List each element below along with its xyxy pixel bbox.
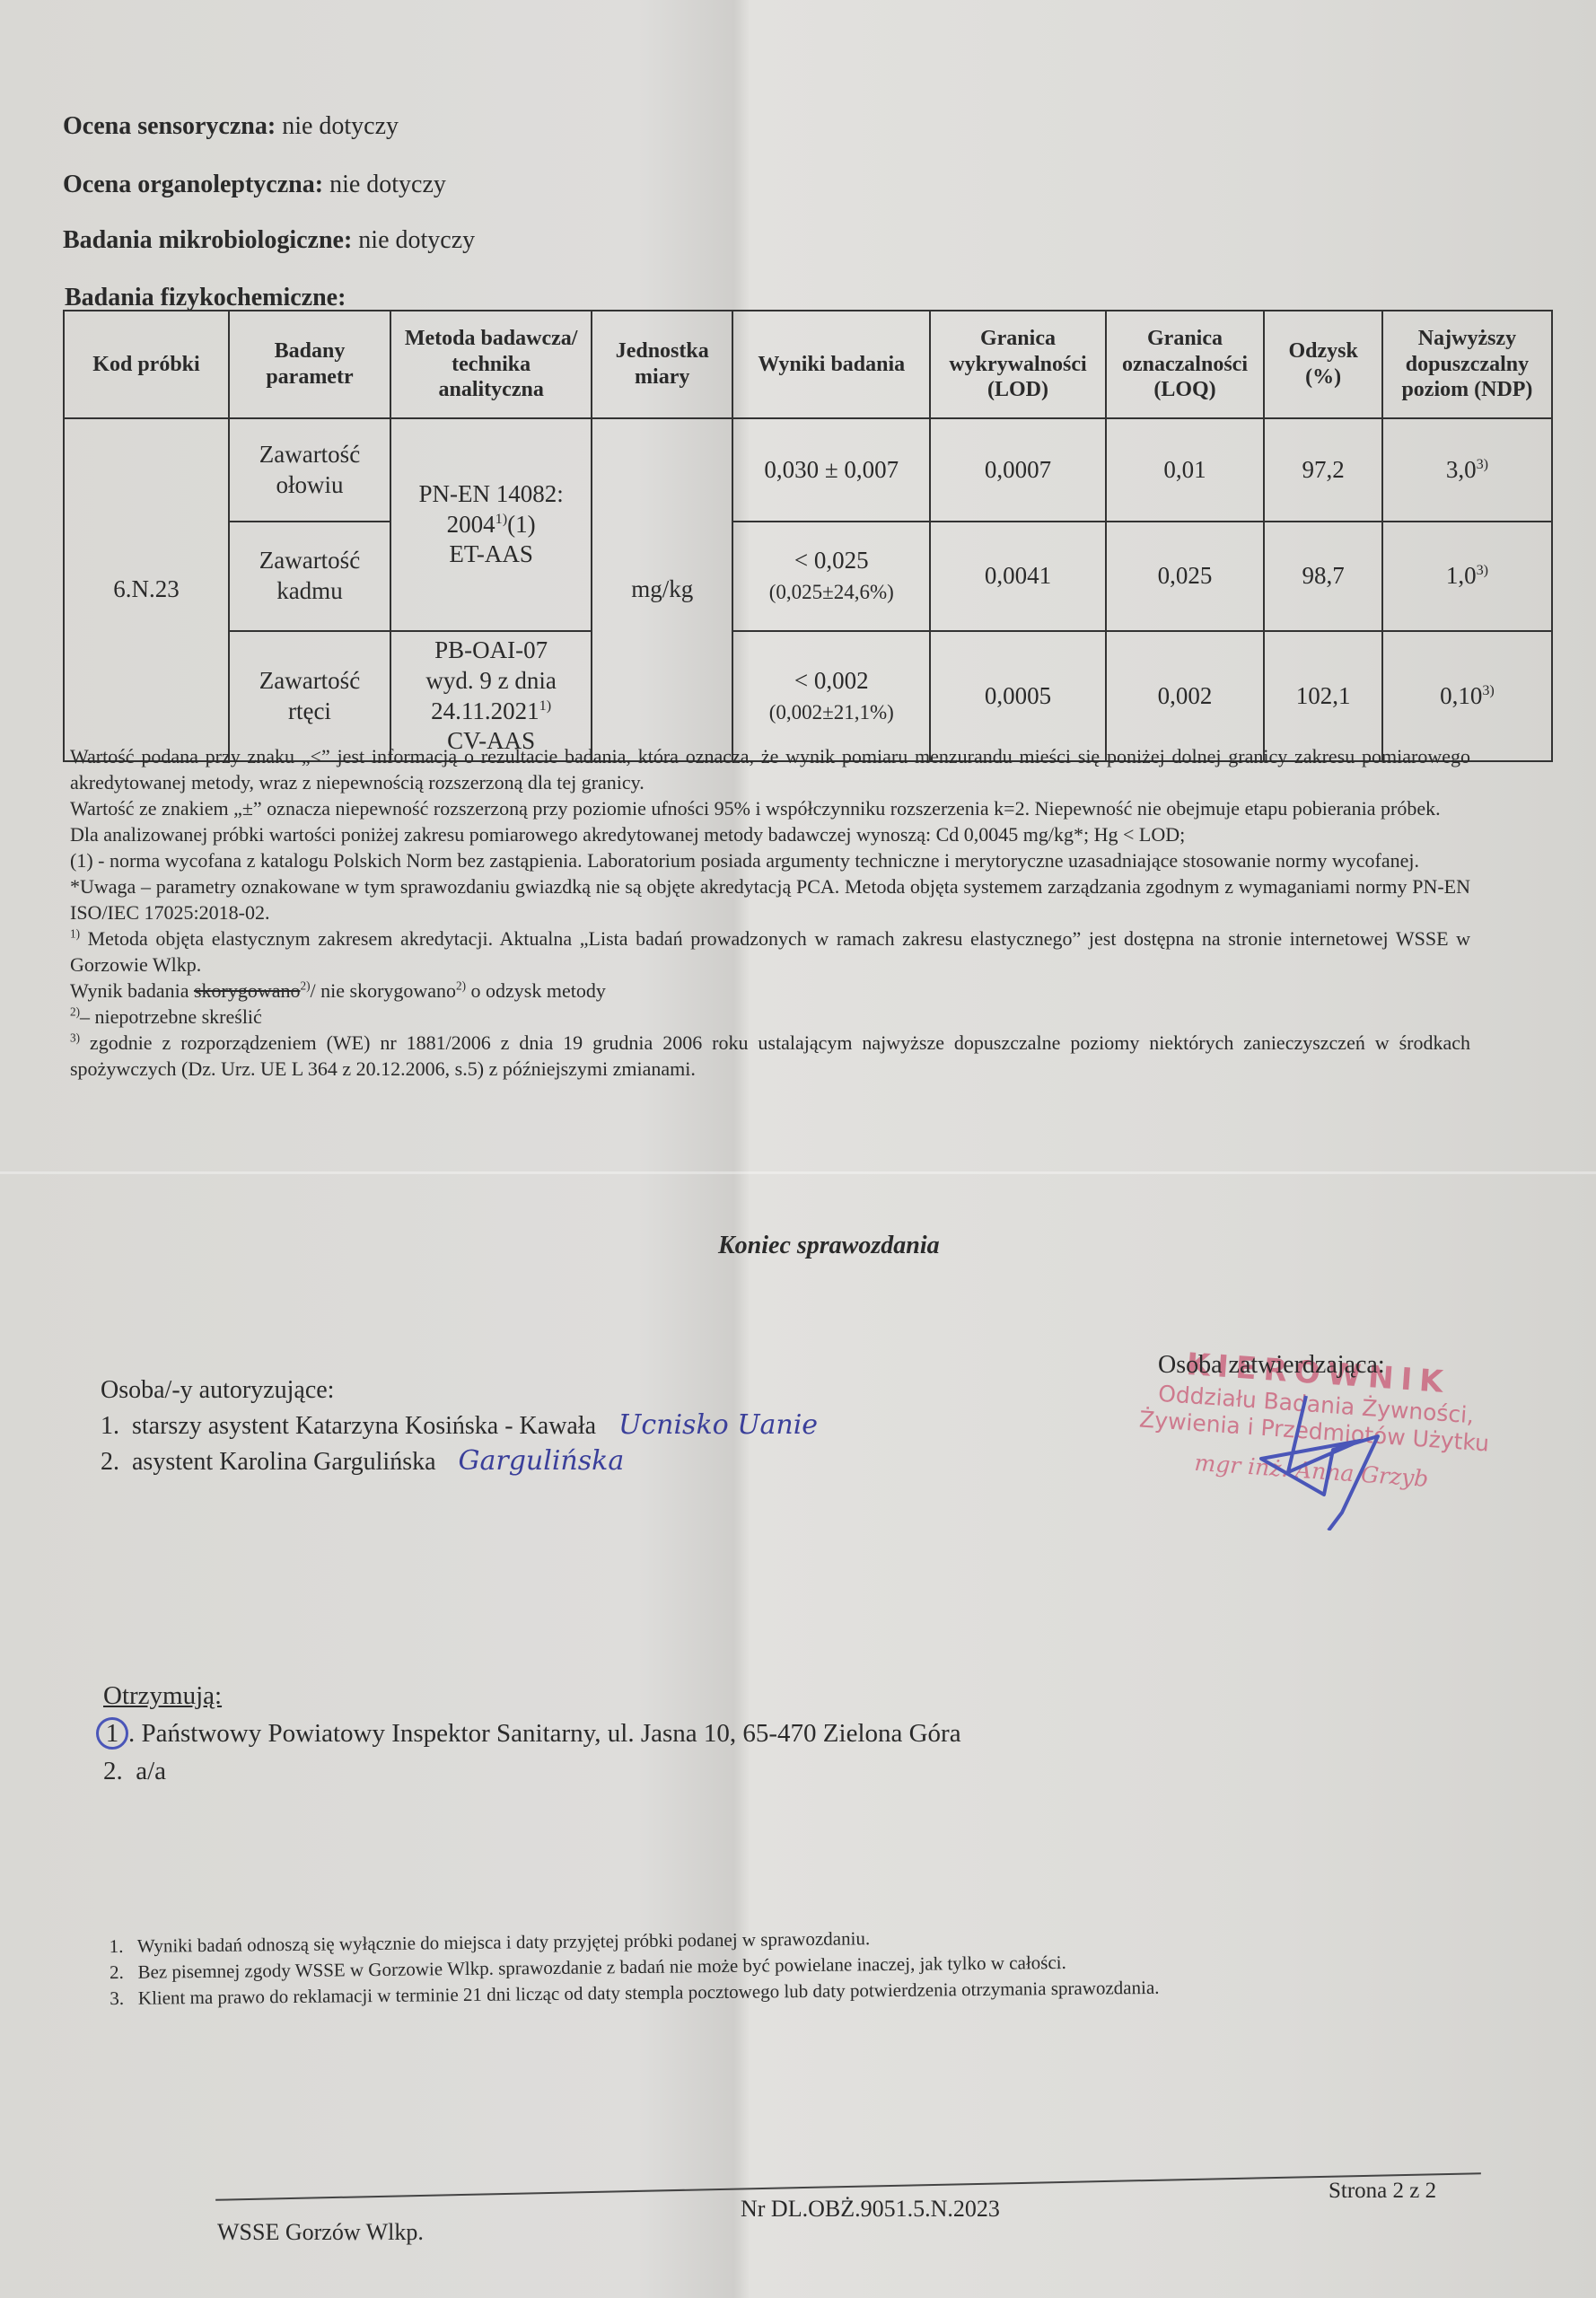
report-rules: 1. Wyniki badań odnoszą się wyłącznie do…: [110, 1923, 1160, 2012]
recipient-item: 1. Państwowy Powiatowy Inspektor Sanitar…: [103, 1715, 961, 1752]
lod-cell: 0,0005: [930, 631, 1105, 761]
sample-code-cell: 6.N.23: [64, 418, 229, 761]
parameter-cell: Zawartośćrtęci: [229, 631, 390, 761]
method-cell: PB-OAI-07 wyd. 9 z dnia 24.11.20211) CV-…: [390, 631, 592, 761]
ndp-cell: 1,03): [1382, 522, 1552, 631]
organoleptic-label: Ocena organoleptyczna:: [63, 171, 323, 198]
authorizer-item: 1. starszy asystent Katarzyna Kosińska -…: [101, 1408, 818, 1444]
col-header: Granica wykrywalności (LOD): [930, 311, 1105, 418]
recovery-cell: 97,2: [1264, 418, 1381, 522]
microbio-label: Badania mikrobiologiczne:: [63, 226, 352, 254]
col-header: Badany parametr: [229, 311, 390, 418]
col-header: Wyniki badania: [732, 311, 930, 418]
col-header: Granica oznaczalności (LOQ): [1106, 311, 1265, 418]
result-cell: < 0,002(0,002±21,1%): [732, 631, 930, 761]
physicochemical-tests: Badania fizykochemiczne:: [65, 284, 346, 312]
note-strike-unneeded: 2)– niepotrzebne skreślić: [70, 1004, 1470, 1030]
table-row: 6.N.23 Zawartośćołowiu PN-EN 14082: 2004…: [64, 418, 1552, 522]
col-header: Najwyższy dopuszczalny poziom (NDP): [1382, 311, 1552, 418]
parameter-cell: Zawartośćkadmu: [229, 522, 390, 631]
microbiological-tests: Badania mikrobiologiczne: nie dotyczy: [63, 226, 475, 255]
unit-cell: mg/kg: [592, 418, 732, 761]
paper-fold: [0, 1171, 1596, 1174]
organoleptic-evaluation: Ocena organoleptyczna: nie dotyczy: [63, 171, 446, 199]
approver-title: Osoba zatwierdzająca:: [1158, 1351, 1385, 1380]
end-of-report: Koniec sprawozdania: [718, 1232, 940, 1260]
sensory-evaluation: Ocena sensoryczna: nie dotyczy: [63, 112, 399, 141]
physchem-label: Badania fizykochemiczne:: [65, 284, 346, 311]
col-header: Jednostka miary: [592, 311, 732, 418]
col-header: Metoda badawcza/ technika analityczna: [390, 311, 592, 418]
microbio-value: nie dotyczy: [358, 226, 475, 254]
note-flexible-scope: 1) Metoda objęta elastycznym zakresem ak…: [70, 925, 1470, 978]
results-table: Kod próbki Badany parametr Metoda badawc…: [63, 310, 1553, 762]
result-cell: < 0,025(0,025±24,6%): [732, 522, 930, 631]
note-regulation: 3) zgodnie z rozporządzeniem (WE) nr 188…: [70, 1030, 1470, 1082]
recipient-item: 2. a/a: [103, 1752, 961, 1790]
loq-cell: 0,01: [1106, 418, 1265, 522]
approver-signature-icon: [1252, 1387, 1405, 1531]
recipients-title: Otrzymują:: [103, 1677, 961, 1715]
table-header-row: Kod próbki Badany parametr Metoda badawc…: [64, 311, 1552, 418]
footer-organization: WSSE Gorzów Wlkp.: [217, 2219, 424, 2246]
organoleptic-value: nie dotyczy: [329, 171, 446, 198]
authorizers-block: Osoba/-y autoryzujące: 1. starszy asyste…: [101, 1373, 818, 1480]
note-less-than: Wartość podana przy znaku „<” jest infor…: [70, 743, 1470, 795]
footnotes: Wartość podana przy znaku „<” jest infor…: [70, 743, 1470, 1082]
table-row: Zawartośćrtęci PB-OAI-07 wyd. 9 z dnia 2…: [64, 631, 1552, 761]
recovery-cell: 102,1: [1264, 631, 1381, 761]
parameter-cell: Zawartośćołowiu: [229, 418, 390, 522]
footer-page-number: Strona 2 z 2: [1329, 2179, 1436, 2204]
sensory-value: nie dotyczy: [282, 112, 399, 140]
lod-cell: 0,0041: [930, 522, 1105, 631]
result-cell: 0,030 ± 0,007: [732, 418, 930, 522]
note-accreditation: *Uwaga – parametry oznakowane w tym spra…: [70, 873, 1470, 925]
note-below-range: Dla analizowanej próbki wartości poniżej…: [70, 821, 1470, 847]
note-uncertainty: Wartość ze znakiem „±” oznacza niepewnoś…: [70, 795, 1470, 821]
signature: Gargulińska: [459, 1445, 625, 1477]
table-row: Zawartośćkadmu < 0,025(0,025±24,6%) 0,00…: [64, 522, 1552, 631]
method-cell: PN-EN 14082: 20041)(1) ET-AAS: [390, 418, 592, 631]
recovery-cell: 98,7: [1264, 522, 1381, 631]
lod-cell: 0,0007: [930, 418, 1105, 522]
col-header: Kod próbki: [64, 311, 229, 418]
loq-cell: 0,002: [1106, 631, 1265, 761]
footer-document-number: Nr DL.OBŻ.9051.5.N.2023: [741, 2196, 1000, 2223]
col-header: Odzysk (%): [1264, 311, 1381, 418]
note-withdrawn-norm: (1) - norma wycofana z katalogu Polskich…: [70, 847, 1470, 873]
note-correction: Wynik badania skorygowano2)/ nie skorygo…: [70, 978, 1470, 1004]
ndp-cell: 0,103): [1382, 631, 1552, 761]
ndp-cell: 3,03): [1382, 418, 1552, 522]
authorizer-item: 2. asystent Karolina Gargulińska Garguli…: [101, 1443, 818, 1480]
recipients-block: Otrzymują: 1. Państwowy Powiatowy Inspek…: [103, 1677, 961, 1790]
loq-cell: 0,025: [1106, 522, 1265, 631]
signature: Ucnisko Uanie: [618, 1409, 818, 1441]
authorizers-title: Osoba/-y autoryzujące:: [101, 1373, 818, 1408]
sensory-label: Ocena sensoryczna:: [63, 112, 276, 140]
